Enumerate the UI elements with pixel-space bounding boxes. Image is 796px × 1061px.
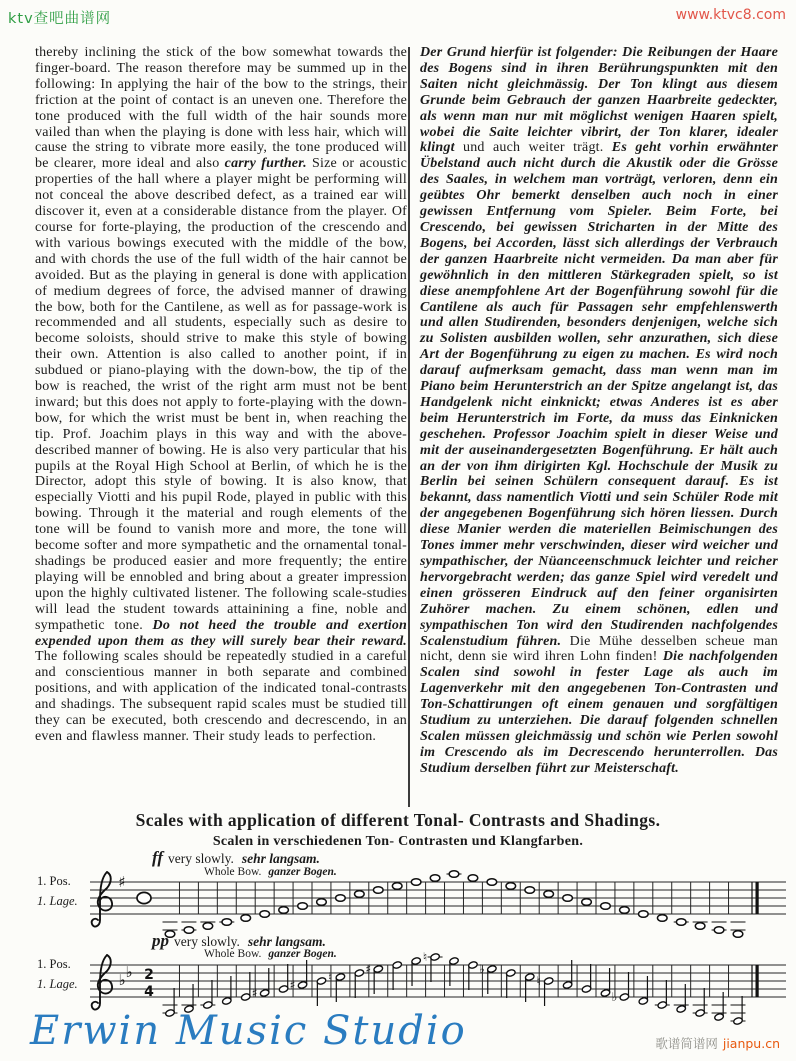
german-column: Der Grund hierfür ist folgender: Die Rei… [420, 45, 778, 777]
text-segment: Die nachfolgenden Scalen sind sowohl in … [420, 649, 778, 775]
system2-position-labels: 1. Pos. 1. Lage. [37, 957, 78, 992]
jianpu-url: jianpu.cn [723, 1036, 780, 1051]
svg-text:♯: ♯ [290, 978, 296, 992]
system2-pos-label: 1. Pos. [37, 957, 71, 971]
system1-pos-label: 1. Pos. [37, 874, 71, 888]
watermark-jianpu: 歌谱简谱网jianpu.cn [655, 1034, 780, 1052]
text-segment: Size or acoustic properties of the hall … [35, 156, 407, 632]
text-segment: thereby inclining the stick of the bow s… [35, 45, 407, 171]
text-segment: und auch weiter trägt. [463, 140, 612, 155]
watermark-ktvc8-url: www.ktvc8.com [676, 7, 786, 23]
jianpu-site-name: 歌谱简谱网 [655, 1036, 718, 1051]
scales-title-english: Scales with application of different Ton… [0, 810, 796, 831]
svg-text:♯: ♯ [252, 986, 258, 1000]
svg-text:2: 2 [144, 967, 154, 983]
text-segment: The following scales should be repeatedl… [35, 649, 407, 744]
svg-text:♯: ♯ [118, 873, 125, 891]
english-column: thereby inclining the stick of the bow s… [35, 45, 407, 745]
watermark-ktv-site: ktv查吧曲谱网 [8, 7, 111, 28]
svg-text:♮: ♮ [537, 974, 541, 988]
text-segment: Der Grund hierfür ist folgender: Die Rei… [420, 45, 778, 155]
text-segment: carry further. [225, 156, 307, 171]
watermark-erwin-music-studio: Erwin Music Studio [30, 1008, 467, 1054]
column-divider-rule [408, 47, 410, 807]
svg-text:♮: ♮ [328, 970, 332, 984]
system2-lage-label: 1. Lage. [37, 977, 78, 992]
text-segment: Es geht vorhin erwähnter Übelstand auch … [420, 140, 778, 648]
system1-lage-label: 1. Lage. [37, 894, 78, 909]
svg-text:4: 4 [144, 984, 154, 1000]
svg-text:♭: ♭ [125, 963, 132, 981]
svg-text:♭: ♭ [612, 990, 618, 1004]
instruction-text-german: Der Grund hierfür ist folgender: Die Rei… [420, 45, 796, 777]
svg-text:♭: ♭ [479, 962, 485, 976]
svg-text:♮: ♮ [423, 950, 427, 964]
svg-text:♯: ♯ [365, 962, 371, 976]
scales-title-german: Scalen in verschiedenen Ton- Contrasten … [0, 834, 796, 850]
system1-position-labels: 1. Pos. 1. Lage. [37, 874, 78, 909]
